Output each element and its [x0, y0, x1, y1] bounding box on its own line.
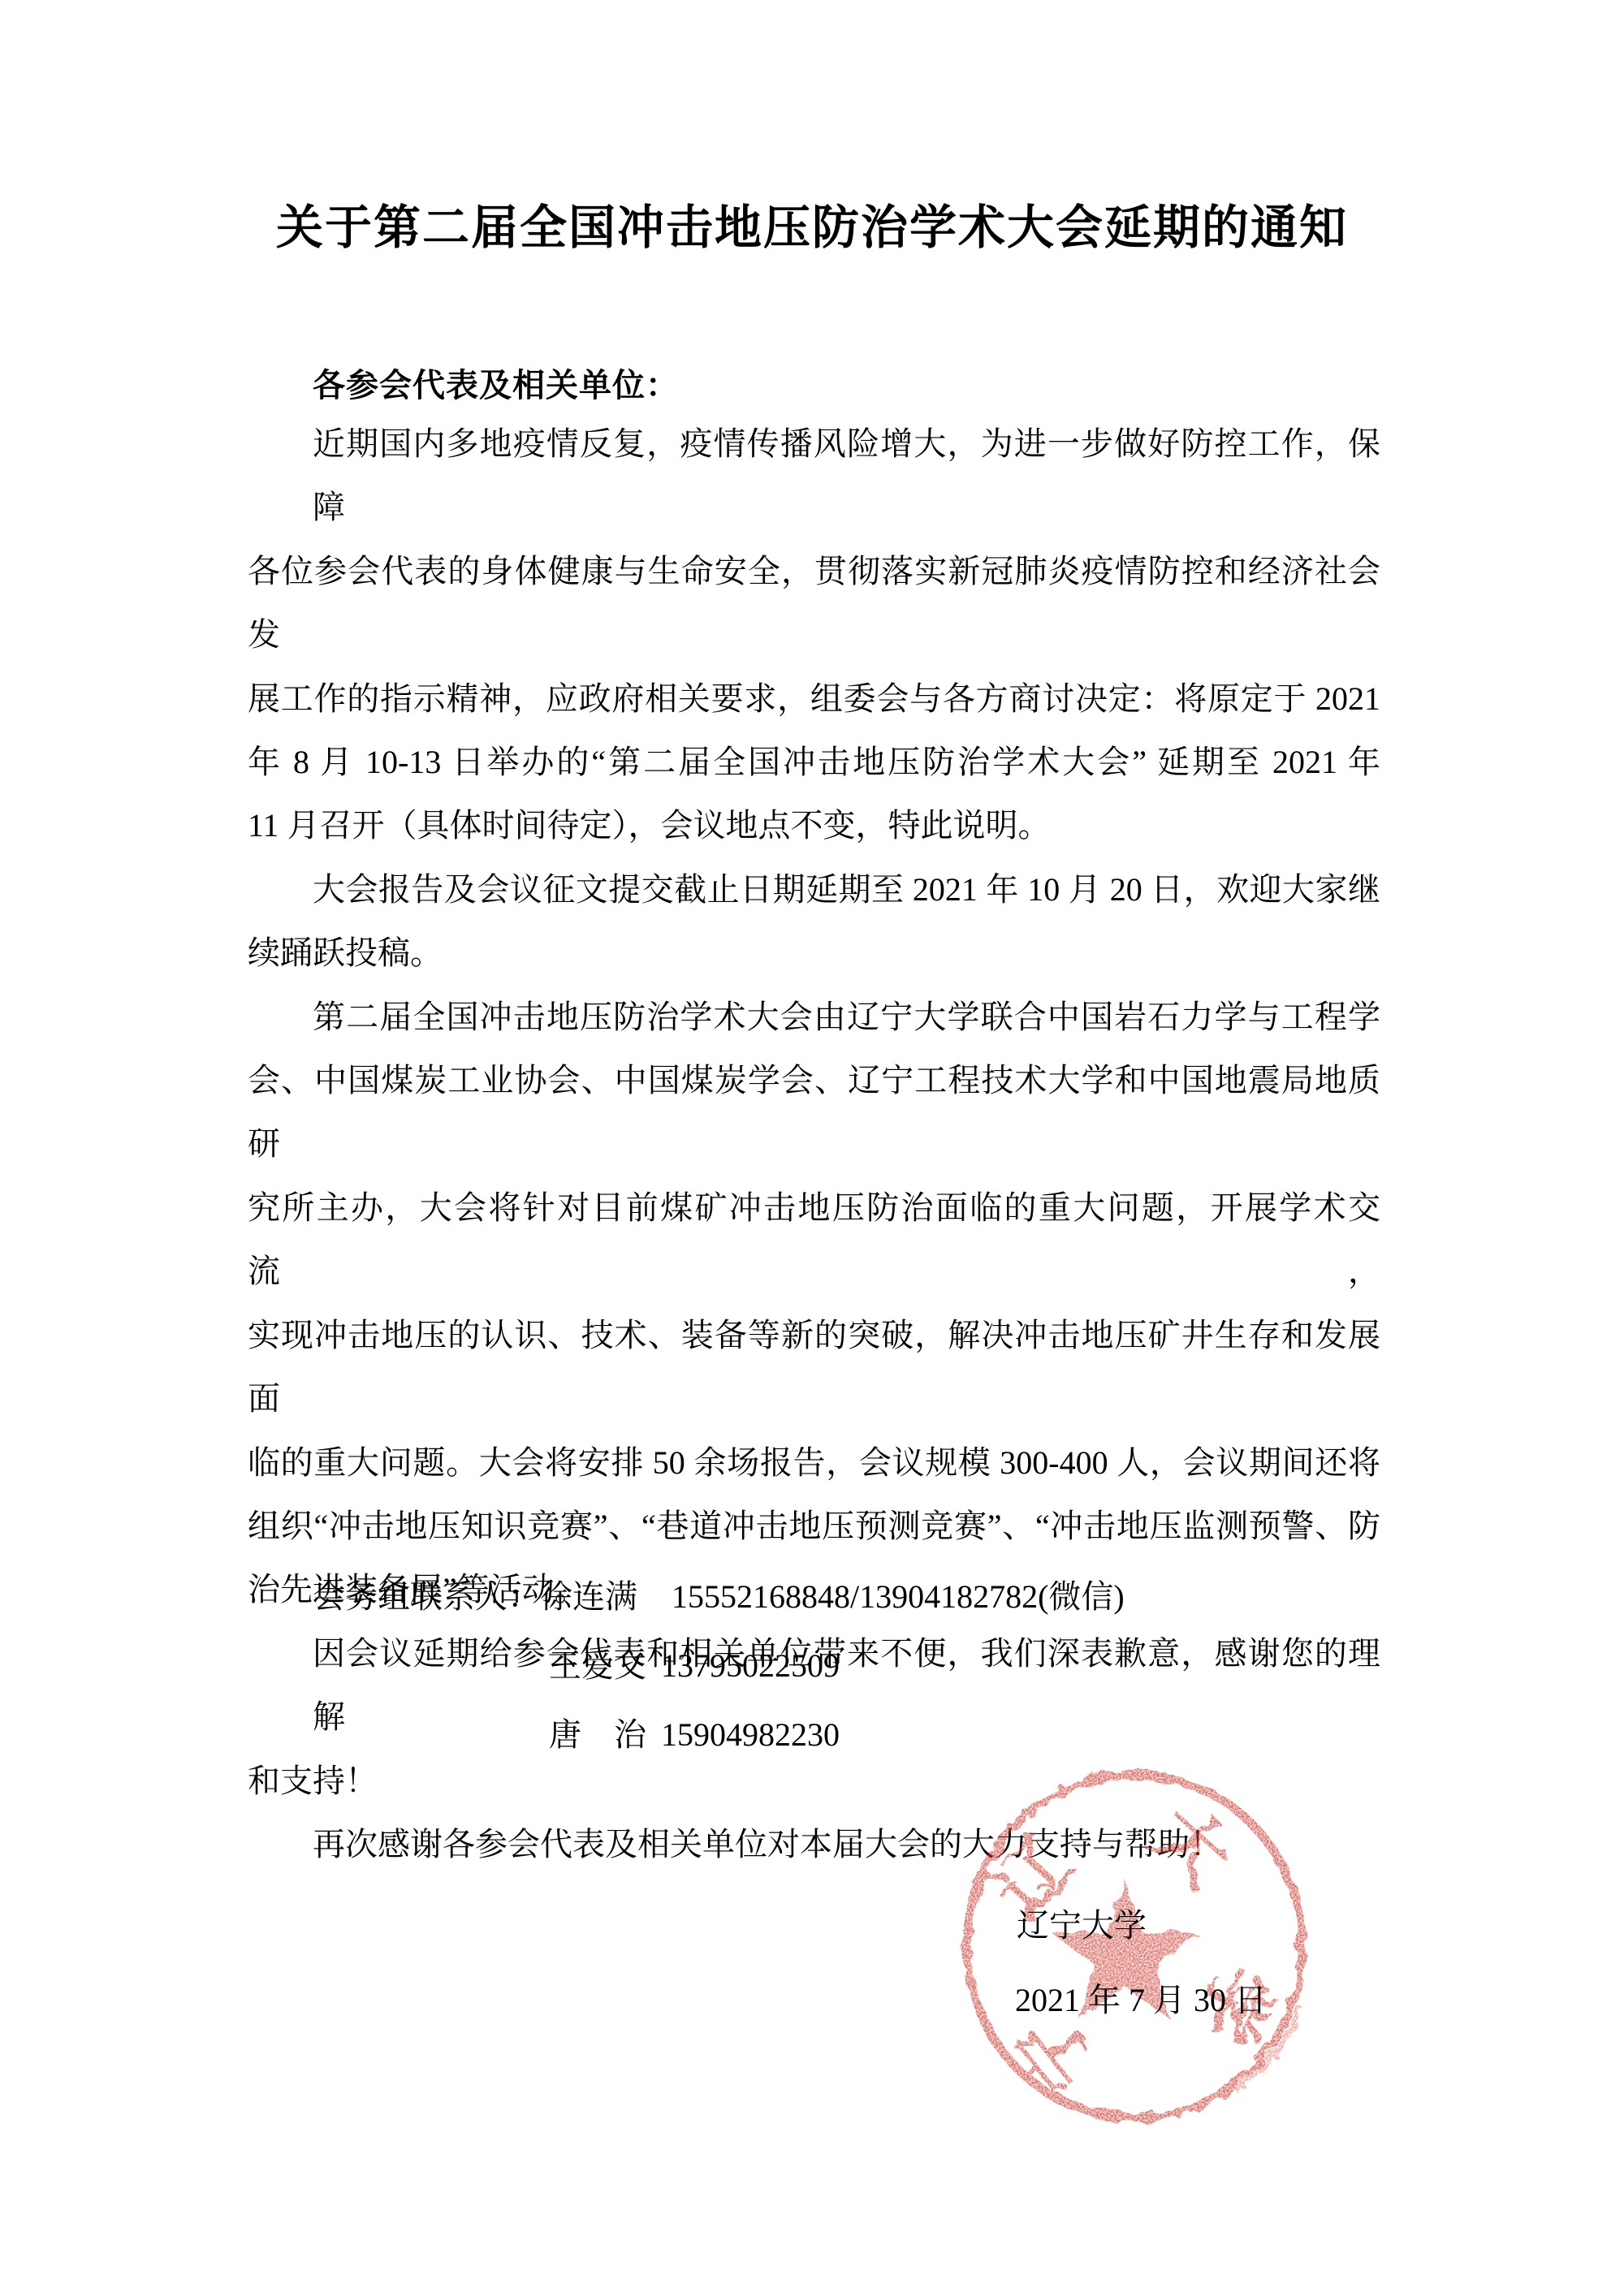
body-line: 各位参会代表的身体健康与生命安全，贯彻落实新冠肺炎疫情防控和经济社会发 [248, 540, 1380, 667]
signature-org: 辽宁大学 [1017, 1907, 1147, 1944]
university-seal-icon: 辽 宁 大 学 [923, 1735, 1345, 2157]
body-line: 组织“冲击地压知识竞赛”、“巷道冲击地压预测竞赛”、“冲击地压监测预警、防 [248, 1495, 1380, 1558]
contact-line: 王爱文13795022509 [248, 1647, 1380, 1685]
contact-phone: 15552168848/13904182782(微信) [672, 1578, 1125, 1615]
body-line: 年 8 月 10-13 日举办的“第二届全国冲击地压防治学术大会” 延期至 20… [248, 731, 1380, 794]
body-line: 第二届全国冲击地压防治学术大会由辽宁大学联合中国岩石力学与工程学 [248, 986, 1380, 1049]
contact-label: 会务组联系人： [313, 1578, 540, 1615]
body-line: 近期国内多地疫情反复，疫情传播风险增大，为进一步做好防控工作，保障 [248, 412, 1380, 540]
signature-date: 2021 年 7 月 30 日 [1015, 1982, 1267, 2019]
body-line: 11 月召开（具体时间待定），会议地点不变，特此说明。 [248, 794, 1380, 857]
body-line: 续踊跃投稿。 [248, 921, 1380, 985]
body-line: 展工作的指示精神，应政府相关要求，组委会与各方商讨决定：将原定于 2021 [248, 667, 1380, 731]
contact-phone: 15904982230 [661, 1716, 840, 1753]
body-line: 临的重大问题。大会将安排 50 余场报告，会议规模 300-400 人，会议期间… [248, 1431, 1380, 1495]
contact-phone: 13795022509 [661, 1647, 840, 1684]
contact-name: 徐连满 [540, 1578, 637, 1615]
contact-name: 唐 治 [549, 1716, 646, 1753]
body-line: 大会报告及会议征文提交截止日期延期至 2021 年 10 月 20 日，欢迎大家… [248, 858, 1380, 921]
contact-line: 会务组联系人：徐连满15552168848/13904182782(微信) [248, 1578, 1380, 1616]
notice-title: 关于第二届全国冲击地压防治学术大会延期的通知 [0, 200, 1624, 257]
body-line: 究所主办，大会将针对目前煤矿冲击地压防治面临的重大问题，开展学术交流， [248, 1176, 1380, 1304]
seal-graphic: 辽 宁 大 学 [967, 1775, 1302, 2117]
notice-page: 关于第二届全国冲击地压防治学术大会延期的通知 各参会代表及相关单位： 近期国内多… [0, 0, 1624, 2296]
salutation: 各参会代表及相关单位： [248, 360, 1380, 412]
body-line: 实现冲击地压的认识、技术、装备等新的突破，解决冲击地压矿井生存和发展面 [248, 1304, 1380, 1431]
contact-name: 王爱文 [549, 1647, 646, 1684]
body-line: 会、中国煤炭工业协会、中国煤炭学会、辽宁工程技术大学和中国地震局地质研 [248, 1049, 1380, 1176]
